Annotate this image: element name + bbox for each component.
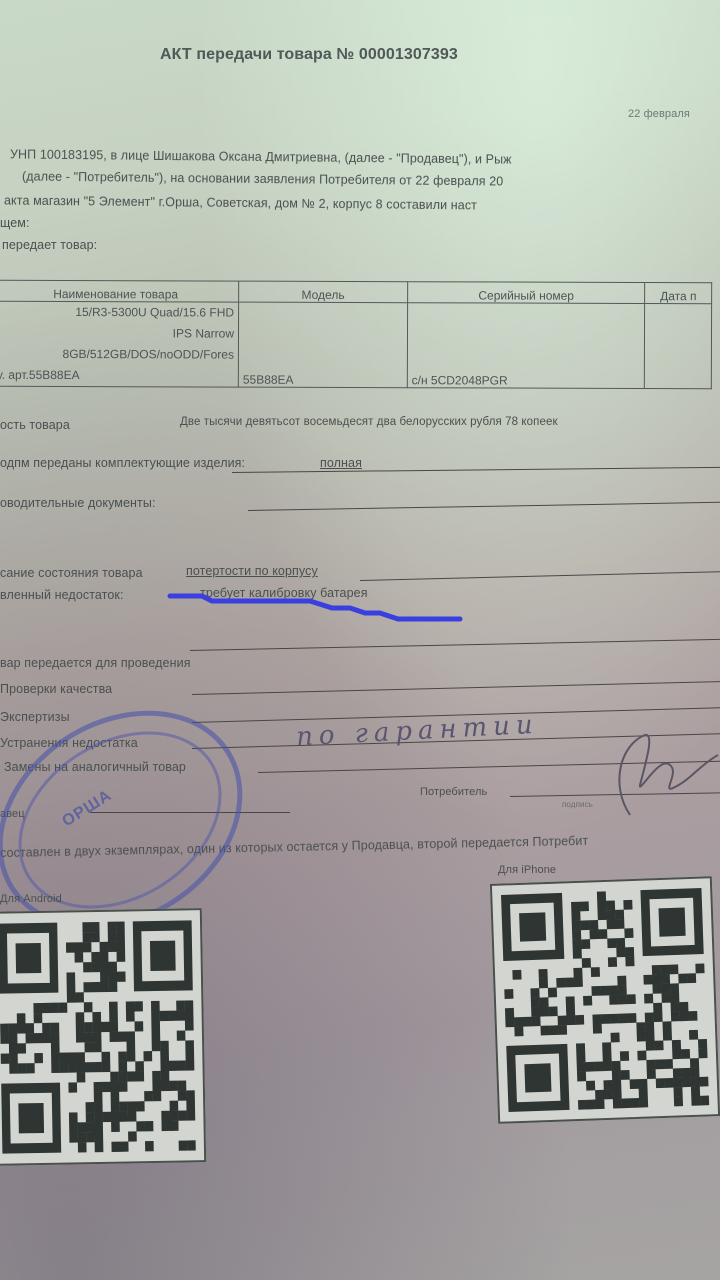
document-title: АКТ передачи товара № 00001307393 [160, 46, 458, 64]
purpose-line-quality [192, 681, 720, 695]
goods-name-line: IPS Narrow [0, 323, 234, 345]
goods-name-line: 8GB/512GB/DOS/noODD/Fores [0, 344, 234, 366]
condition-line [360, 571, 720, 581]
price-label: ость товара [0, 418, 70, 432]
handwritten-note: по гарантии [295, 710, 539, 753]
col-header-date: Дата п [645, 283, 712, 304]
pen-scribble [160, 588, 470, 628]
blank-line [190, 639, 720, 651]
components-label: одпм переданы комплектующие изделия: [0, 456, 245, 470]
qr-android-pattern [0, 910, 204, 1164]
condition-value: потертости по корпусу [186, 564, 318, 578]
goods-model-cell: 55B88EA [238, 302, 407, 388]
document-date: 22 февраля [628, 108, 690, 120]
goods-name-cell: 15/R3-5300U Quad/15.6 FHD IPS Narrow 8GB… [0, 301, 239, 387]
qr-android-label: Для Android [0, 893, 62, 905]
condition-label: сание состояния товара [0, 566, 143, 580]
purpose-option-expertise: Экспертизы [0, 710, 70, 724]
docs-label: оводительные документы: [0, 496, 156, 510]
price-value: Две тысячи девятьсот восемьдесят два бел… [180, 416, 558, 428]
col-header-name: Наименование товара [0, 280, 239, 302]
intro-line-1: УНП 100183195, в лице Шишакова Оксана Дм… [10, 147, 512, 166]
goods-date-cell [645, 304, 712, 389]
goods-name-line: у. арт.55B88EA [0, 365, 234, 387]
goods-serial-cell: с/н 5CD2048PGR [407, 303, 645, 389]
intro-line-4: щем: [0, 216, 30, 230]
signature-caption: подпись [562, 800, 593, 809]
defect-label: вленный недостаток: [0, 588, 124, 602]
components-value: полная [320, 456, 362, 470]
qr-iphone-label: Для iPhone [498, 864, 556, 876]
components-line [232, 467, 720, 473]
docs-line [248, 502, 720, 511]
intro-line-2: (далее - "Потребитель"), на основании за… [22, 169, 503, 188]
col-header-model: Модель [239, 281, 408, 303]
purpose-heading: вар передается для проведения [0, 656, 191, 670]
col-header-serial: Серийный номер [407, 282, 645, 304]
intro-line-3: акта магазин "5 Элемент" г.Орша, Советск… [4, 194, 477, 213]
intro-line-5: передает товар: [2, 238, 97, 252]
goods-table-header: Наименование товара Модель Серийный номе… [0, 280, 712, 304]
qr-code-android[interactable] [0, 908, 206, 1166]
consumer-label: Потребитель [420, 786, 487, 798]
table-row: 15/R3-5300U Quad/15.6 FHD IPS Narrow 8GB… [0, 301, 712, 389]
consumer-signature [600, 725, 720, 825]
qr-iphone-pattern [492, 878, 718, 1121]
qr-code-iphone[interactable] [490, 876, 720, 1124]
goods-table: Наименование товара Модель Серийный номе… [0, 280, 712, 390]
purpose-option-quality: Проверки качества [0, 682, 112, 696]
goods-name-line: 15/R3-5300U Quad/15.6 FHD [0, 302, 234, 324]
